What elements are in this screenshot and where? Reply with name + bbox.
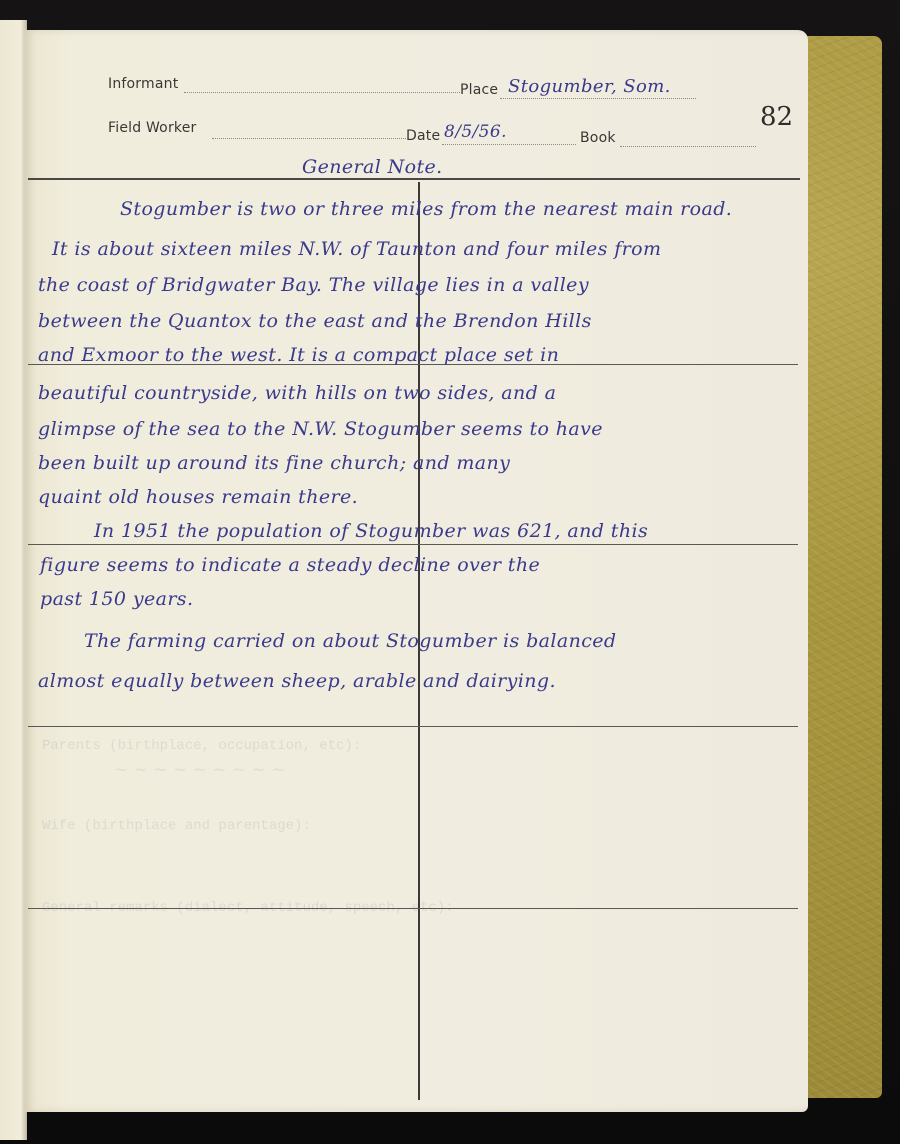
- row-divider-3: [28, 726, 798, 727]
- note-line-14: almost equally between sheep, arable and…: [38, 670, 556, 692]
- page-number: 82: [760, 102, 793, 132]
- note-line-8: been built up around its fine church; an…: [38, 452, 510, 474]
- bleed-through-hand: ~ ~ ~ ~ ~ ~ ~ ~ ~: [114, 760, 285, 780]
- field-worker-label: Field Worker: [108, 120, 197, 136]
- date-field-line: [442, 144, 576, 145]
- place-label: Place: [460, 82, 498, 98]
- scanned-notebook-scene: Parents (birthplace, occupation, etc): ~…: [0, 0, 900, 1144]
- note-line-3: the coast of Bridgwater Bay. The village…: [38, 274, 589, 296]
- cardboard-cover: [800, 36, 882, 1098]
- note-line-7: glimpse of the sea to the N.W. Stogumber…: [38, 418, 603, 440]
- book-field[interactable]: [620, 146, 756, 147]
- note-line-2: It is about sixteen miles N.W. of Taunto…: [52, 238, 661, 260]
- date-label: Date: [406, 128, 440, 144]
- note-line-1: Stogumber is two or three miles from the…: [120, 198, 732, 220]
- bleed-through-wife: Wife (birthplace and parentage):: [42, 818, 311, 834]
- date-value[interactable]: 8/5/56.: [444, 122, 507, 142]
- note-heading: General Note.: [302, 156, 443, 178]
- note-line-11: figure seems to indicate a steady declin…: [40, 554, 540, 576]
- row-divider-4: [28, 908, 798, 909]
- previous-page-edge: [0, 20, 27, 1140]
- row-divider-2: [28, 544, 798, 545]
- note-line-10: In 1951 the population of Stogumber was …: [94, 520, 648, 542]
- header-divider: [28, 178, 800, 180]
- place-value[interactable]: Stogumber, Som.: [508, 76, 671, 97]
- note-line-13: The farming carried on about Stogumber i…: [84, 630, 616, 652]
- field-worker-field[interactable]: [212, 138, 406, 139]
- bleed-through-parents: Parents (birthplace, occupation, etc):: [42, 738, 361, 754]
- note-line-12: past 150 years.: [40, 588, 193, 610]
- note-line-9: quaint old houses remain there.: [38, 486, 358, 508]
- informant-label: Informant: [108, 76, 178, 92]
- informant-field[interactable]: [184, 92, 460, 93]
- book-label: Book: [580, 130, 616, 146]
- note-line-4: between the Quantox to the east and the …: [38, 310, 592, 332]
- place-field-line: [500, 98, 696, 99]
- notebook-page: Parents (birthplace, occupation, etc): ~…: [24, 30, 808, 1112]
- note-line-5: and Exmoor to the west. It is a compact …: [38, 344, 559, 366]
- note-line-6: beautiful countryside, with hills on two…: [38, 382, 556, 404]
